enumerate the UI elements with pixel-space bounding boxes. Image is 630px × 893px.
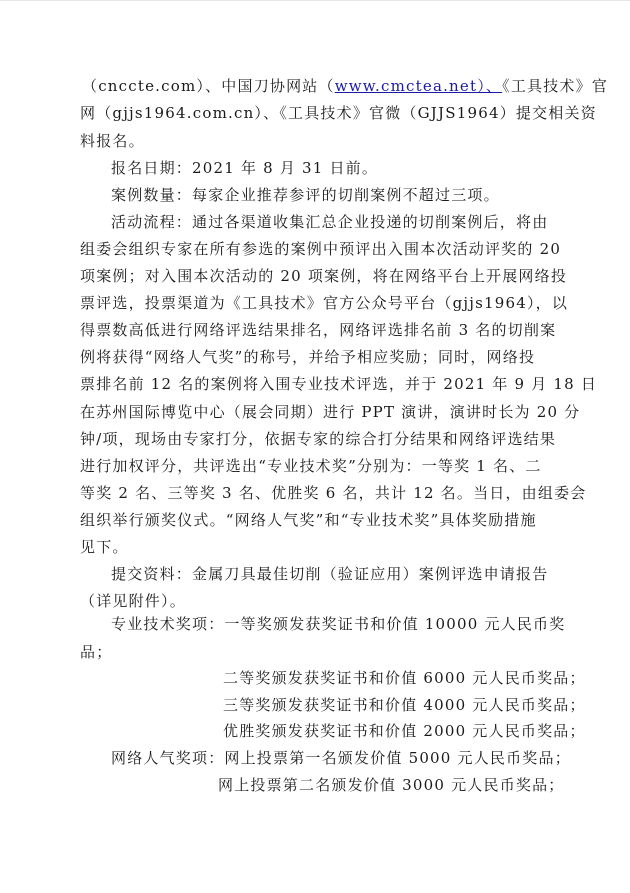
page-top-border [0, 0, 630, 1]
process-line-4: 票评选，投票渠道为《工具技术》官方公众号平台（gjjs1964），以 [80, 293, 568, 313]
process-line-10: 进行加权评分，共评选出“专业技术奖”分别为：一等奖 1 名、二 [80, 456, 542, 476]
process-line-6: 例将获得“网络人气奖”的称号，并给予相应奖励；同时，网络投 [80, 347, 535, 367]
popular-award-first: 网络人气奖项：网上投票第一名颁发价值 5000 元人民币奖品； [111, 748, 571, 768]
process-line-11: 等奖 2 名、三等奖 3 名、优胜奖 6 名，共计 12 名。当日，由组委会 [80, 483, 586, 503]
popular-award-second: 网上投票第二名颁发价值 3000 元人民币奖品； [218, 775, 565, 795]
website-link[interactable]: www.cmctea.net）、 [335, 77, 502, 95]
submission-line-1: 提交资料：金属刀具最佳切削（验证应用）案例评选申请报告 [111, 564, 548, 584]
tech-award-line-1: 专业技术奖项：一等奖颁发获奖证书和价值 10000 元人民币奖 [111, 614, 565, 634]
tech-award-line-2: 品； [80, 642, 112, 662]
text-line-3: 料报名。 [80, 131, 145, 151]
process-line-8: 在苏州国际博览中心（展会同期）进行 PPT 演讲，演讲时长为 20 分 [80, 402, 580, 422]
text-segment: （cnccte.com）、中国刀协网站（ [82, 77, 335, 95]
text-line-2: 网（gjjs1964.com.cn）、《工具技术》官微（GJJS1964）提交相… [80, 103, 597, 123]
tech-award-second: 二等奖颁发获奖证书和价值 6000 元人民币奖品； [223, 668, 586, 688]
registration-date: 报名日期：2021 年 8 月 31 日前。 [111, 158, 378, 178]
tech-award-merit: 优胜奖颁发获奖证书和价值 2000 元人民币奖品； [223, 721, 586, 741]
process-line-1: 活动流程：通过各渠道收集汇总企业投递的切削案例后，将由 [111, 212, 548, 232]
text-line-1: （cnccte.com）、中国刀协网站（www.cmctea.net）、《工具技… [82, 76, 608, 96]
process-line-7: 票排名前 12 名的案例将入围专业技术评选，并于 2021 年 9 月 18 日 [80, 374, 597, 394]
text-segment: 《工具技术》官 [502, 77, 608, 95]
tech-award-third: 三等奖颁发获奖证书和价值 4000 元人民币奖品； [223, 695, 586, 715]
case-count: 案例数量：每家企业推荐参评的切削案例不超过三项。 [111, 185, 500, 205]
process-line-9: 钟/项，现场由专家打分，依据专家的综合打分结果和网络评选结果 [80, 429, 556, 449]
process-line-5: 得票数高低进行网络评选结果排名，网络评选排名前 3 名的切削案 [80, 320, 556, 340]
process-line-3: 项案例；对入围本次活动的 20 项案例，将在网络平台上开展网络投 [80, 266, 567, 286]
submission-line-2: （详见附件）。 [80, 591, 186, 611]
process-line-13: 见下。 [80, 537, 129, 557]
process-line-12: 组织举行颁奖仪式。“网络人气奖”和“专业技术奖”具体奖励措施 [80, 510, 537, 530]
process-line-2: 组委会组织专家在所有参选的案例中预评出入围本次活动评奖的 20 [80, 239, 561, 259]
